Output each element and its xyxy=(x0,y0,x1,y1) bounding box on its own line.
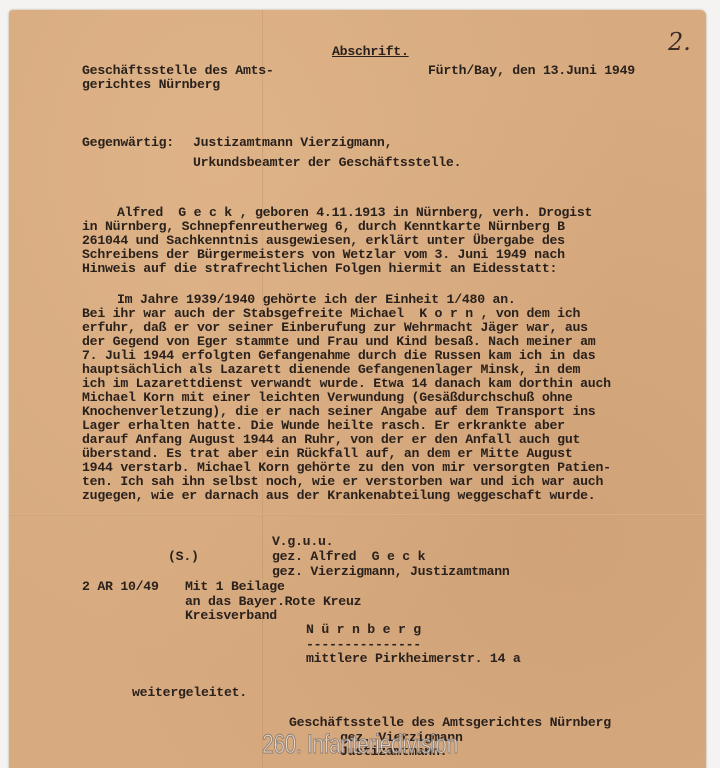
sender-line-2: gerichtes Nürnberg xyxy=(82,78,220,92)
statement-line: der Gegend von Eger stammte und Frau und… xyxy=(82,335,595,349)
enclosure-note: Mit 1 Beilage xyxy=(185,580,285,594)
statement-line: erfuhr, daß er vor seiner Einberufung zu… xyxy=(82,321,588,335)
vguu-note: V.g.u.u. xyxy=(272,535,333,549)
intro-line: Hinweis auf die strafrechtlichen Folgen … xyxy=(82,262,557,276)
recipient-line-1: an das Bayer.Rote Kreuz xyxy=(185,595,361,609)
recipient-line-2: Kreisverband xyxy=(185,609,277,623)
document-title: Abschrift. xyxy=(332,45,409,59)
statement-line: darauf Anfang August 1944 an Ruhr, von d… xyxy=(82,433,580,447)
forwarded-note: weitergeleitet. xyxy=(132,686,247,700)
handwritten-page-number: 2. xyxy=(668,28,691,56)
seal-note: (S.) xyxy=(168,550,199,564)
intro-line: Alfred G e c k , geboren 4.11.1913 in Nü… xyxy=(117,206,592,220)
closing-office: Geschäftsstelle des Amtsgerichtes Nürnbe… xyxy=(289,716,611,730)
signed-vierzigmann: gez. Vierzigmann, Justizamtmann xyxy=(272,565,510,579)
present-line-2: Urkundsbeamter der Geschäftsstelle. xyxy=(193,156,461,170)
statement-line: hauptsächlich als Lazarett dienende Gefa… xyxy=(82,363,580,377)
statement-line: Im Jahre 1939/1940 gehörte ich der Einhe… xyxy=(117,293,516,307)
statement-line: zugegen, wie er darnach aus der Krankena… xyxy=(82,489,595,503)
recipient-city: N ü r n b e r g xyxy=(306,623,421,637)
intro-line: Schreibens der Bürgermeisters von Wetzla… xyxy=(82,248,565,262)
statement-line: Knochenverletzung), die er nach seiner A… xyxy=(82,405,595,419)
recipient-street: mittlere Pirkheimerstr. 14 a xyxy=(306,652,521,666)
statement-line: Michael Korn mit einer leichten Verwundu… xyxy=(82,391,572,405)
statement-line: Bei ihr war auch der Stabsgefreite Micha… xyxy=(82,307,580,321)
signed-geck: gez. Alfred G e c k xyxy=(272,550,425,564)
file-number: 2 AR 10/49 xyxy=(82,580,159,594)
statement-line: 7. Juli 1944 erfolgten Gefangenahme durc… xyxy=(82,349,595,363)
statement-line: überstand. Es trat aber ein Rückfall auf… xyxy=(82,447,572,461)
statement-line: ich im Lazarettdienst verwandt wurde. Et… xyxy=(82,377,611,391)
watermark-text: 260. Infanteriedivision xyxy=(262,729,458,760)
present-line-1: Justizamtmann Vierzigmann, xyxy=(193,136,392,150)
sender-line-1: Geschäftsstelle des Amts- xyxy=(82,64,274,78)
statement-line: Lager erhalten hatte. Die Wunde heilte r… xyxy=(82,419,565,433)
place-date: Fürth/Bay, den 13.Juni 1949 xyxy=(428,64,635,78)
intro-line: in Nürnberg, Schnepfenreutherweg 6, durc… xyxy=(82,220,565,234)
statement-line: 1944 verstarb. Michael Korn gehörte zu d… xyxy=(82,461,611,475)
intro-line: 261044 und Sachkenntnis ausgewiesen, erk… xyxy=(82,234,565,248)
present-label: Gegenwärtig: xyxy=(82,136,174,150)
paper-fold-horizontal xyxy=(9,514,706,516)
statement-line: ten. Ich sah ihn selbst noch, wie er ver… xyxy=(82,475,603,489)
city-underline: --------------- xyxy=(306,638,421,652)
